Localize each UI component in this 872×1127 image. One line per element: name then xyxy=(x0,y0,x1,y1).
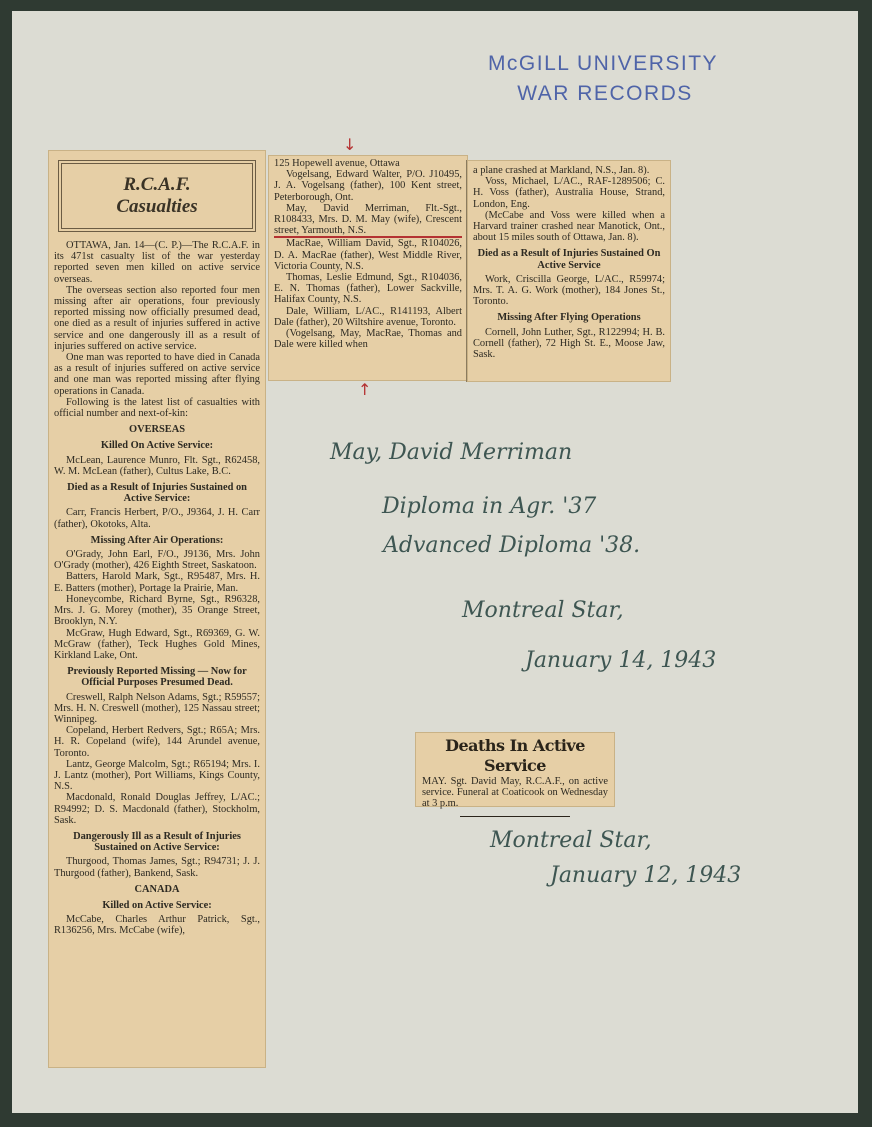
subheading-canada-killed: Killed on Active Service: xyxy=(54,900,260,911)
handwritten-date-2: January 12, 1943 xyxy=(550,863,741,889)
stamp-line-1: McGILL UNIVERSITY xyxy=(473,50,733,78)
casualty-entry: Lantz, George Malcolm, Sgt.; R65194; Mrs… xyxy=(54,759,260,793)
subheading-missing: Missing After Flying Operations xyxy=(473,312,665,323)
handwritten-name: May, David Merriman xyxy=(330,440,572,466)
casualty-entry: McCabe, Charles Arthur Patrick, Sgt., R1… xyxy=(54,914,260,936)
clipping-title-line-1: R.C.A.F. xyxy=(123,174,190,196)
stamp-line-2: WAR RECORDS xyxy=(495,80,715,108)
subheading-presumed-dead: Previously Reported Missing — Now for Of… xyxy=(54,666,260,688)
intro-paragraph: The overseas section also reported four … xyxy=(54,285,260,352)
intro-paragraph: One man was reported to have died in Can… xyxy=(54,352,260,397)
intro-paragraph: Following is the latest list of casualti… xyxy=(54,397,260,419)
casualty-entry: Thomas, Leslie Edmund, Sgt., R104036, E.… xyxy=(274,272,462,306)
arrow-down-icon: ↓ xyxy=(343,137,356,153)
casualty-entry: Honeycombe, Richard Byrne, Sgt., R96328,… xyxy=(54,594,260,628)
clipping-title-line-2: Casualties xyxy=(116,196,197,218)
casualty-entry: Thurgood, Thomas James, Sgt.; R94731; J.… xyxy=(54,856,260,878)
clipping-deaths-notice: Deaths In Active Service MAY. Sgt. David… xyxy=(415,732,615,807)
casualty-entry-highlighted: May, David Merriman, Flt.-Sgt., R108433,… xyxy=(274,203,462,239)
casualty-entry: McLean, Laurence Munro, Flt. Sgt., R6245… xyxy=(54,455,260,477)
casualty-note: (McCabe and Voss were killed when a Harv… xyxy=(473,210,665,244)
subheading-missing: Missing After Air Operations: xyxy=(54,535,260,546)
intro-paragraph: OTTAWA, Jan. 14—(C. P.)—The R.C.A.F. in … xyxy=(54,240,260,285)
subheading-died: Died as a Result of Injuries Sustained O… xyxy=(473,248,665,270)
notice-text: MAY. Sgt. David May, R.C.A.F., on active… xyxy=(422,776,608,810)
casualty-entry: Vogelsang, Edward Walter, P/O. J10495, J… xyxy=(274,169,462,203)
casualty-entry: Copeland, Herbert Redvers, Sgt.; R65A; M… xyxy=(54,725,260,759)
arrow-up-icon: ↑ xyxy=(358,382,371,398)
notice-rule xyxy=(460,816,570,817)
handwritten-date-1: January 14, 1943 xyxy=(525,648,716,674)
clipping-continuation-col3: a plane crashed at Markland, N.S., Jan. … xyxy=(466,160,671,382)
subheading-killed: Killed On Active Service: xyxy=(54,440,260,451)
casualty-note: (Vogelsang, May, MacRae, Thomas and Dale… xyxy=(274,328,462,350)
section-heading-canada: CANADA xyxy=(54,884,260,895)
handwritten-diploma: Diploma in Agr. '37 xyxy=(382,494,596,520)
casualty-entry: Batters, Harold Mark, Sgt., R95487, Mrs.… xyxy=(54,571,260,593)
casualty-entry: Voss, Michael, L/AC., RAF-1289506; C. H.… xyxy=(473,176,665,210)
clipping-rcaf-casualties: R.C.A.F. Casualties OTTAWA, Jan. 14—(C. … xyxy=(48,150,266,1068)
casualty-entry: O'Grady, John Earl, F/O., J9136, Mrs. Jo… xyxy=(54,549,260,571)
subheading-died: Died as a Result of Injuries Sustained o… xyxy=(54,482,260,504)
clipping-continuation-col2: 125 Hopewell avenue, Ottawa Vogelsang, E… xyxy=(268,155,468,381)
casualty-entry: MacRae, William David, Sgt., R104026, D.… xyxy=(274,238,462,272)
section-heading-overseas: OVERSEAS xyxy=(54,424,260,435)
handwritten-source-1: Montreal Star, xyxy=(462,598,624,624)
casualty-entry: Cornell, John Luther, Sgt., R122994; H. … xyxy=(473,327,665,361)
handwritten-advanced-diploma: Advanced Diploma '38. xyxy=(383,533,640,559)
subheading-dangerously-ill: Dangerously Ill as a Result of Injuries … xyxy=(54,831,260,853)
casualty-entry: Dale, William, L/AC., R141193, Albert Da… xyxy=(274,306,462,328)
casualty-entry: Work, Criscilla George, L/AC., R59974; M… xyxy=(473,274,665,308)
casualty-entry: Carr, Francis Herbert, P/O., J9364, J. H… xyxy=(54,507,260,529)
clipping-title-box: R.C.A.F. Casualties xyxy=(58,160,256,232)
casualty-entry: Creswell, Ralph Nelson Adams, Sgt.; R595… xyxy=(54,692,260,726)
notice-heading: Deaths In Active Service xyxy=(422,736,608,776)
casualty-entry: Macdonald, Ronald Douglas Jeffrey, L/AC.… xyxy=(54,792,260,826)
casualty-note: a plane crashed at Markland, N.S., Jan. … xyxy=(473,165,665,176)
handwritten-source-2: Montreal Star, xyxy=(490,828,652,854)
casualty-entry: McGraw, Hugh Edward, Sgt., R69369, G. W.… xyxy=(54,628,260,662)
casualty-entry: 125 Hopewell avenue, Ottawa xyxy=(274,158,462,169)
